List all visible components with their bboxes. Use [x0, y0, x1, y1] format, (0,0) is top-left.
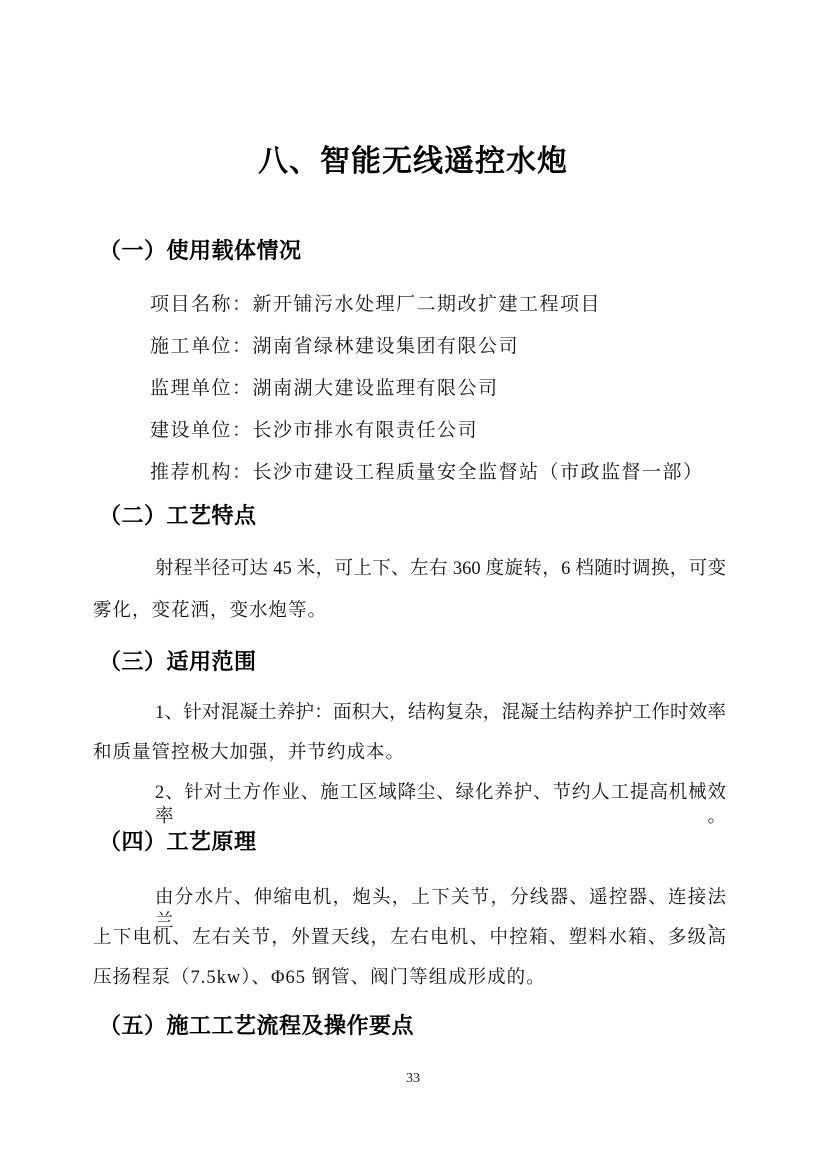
paragraph-line: 1、针对混凝土养护：面积大，结构复杂，混凝土结构养护工作时效率: [155, 701, 726, 725]
paragraph-line: 上下电机、左右关节，外置天线，左右电机、中控箱、塑料水箱、多级高: [93, 926, 726, 950]
section-heading-process-features: （二）工艺特点: [99, 503, 257, 529]
section-heading-process-principle: （四）工艺原理: [99, 829, 257, 855]
document-title: 八、智能无线遥控水炮: [0, 144, 826, 180]
paragraph-line: 和质量管控极大加强，并节约成本。: [93, 741, 405, 765]
paragraph-line: 雾化，变花洒，变水炮等。: [93, 599, 327, 623]
section-heading-process-flow: （五）施工工艺流程及操作要点: [99, 1013, 414, 1039]
paragraph-line: 射程半径可达 45 米，可上下、左右 360 度旋转，6 档随时调换，可变: [155, 557, 726, 581]
info-line-supervision-unit: 监理单位：湖南湖大建设监理有限公司: [150, 377, 499, 401]
info-line-owner-unit: 建设单位：长沙市排水有限责任公司: [150, 419, 478, 443]
info-line-project-name: 项目名称：新开铺污水处理厂二期改扩建工程项目: [150, 293, 601, 317]
document-page: 八、智能无线遥控水炮 （一）使用载体情况 项目名称：新开铺污水处理厂二期改扩建工…: [0, 0, 826, 1169]
section-heading-application-scope: （三）适用范围: [99, 649, 257, 675]
info-line-recommending-body: 推荐机构：长沙市建设工程质量安全监督站（市政监督一部）: [150, 461, 704, 485]
paragraph-line: 2、针对土方作业、施工区域降尘、绿化养护、节约人工提高机械效率。: [155, 781, 726, 829]
page-number: 33: [0, 1070, 826, 1088]
paragraph-line: 压扬程泵（7.5kw）、Φ65 钢管、阀门等组成形成的。: [93, 966, 546, 990]
section-heading-usage-carrier: （一）使用载体情况: [99, 238, 302, 264]
info-line-construction-unit: 施工单位：湖南省绿林建设集团有限公司: [150, 335, 519, 359]
